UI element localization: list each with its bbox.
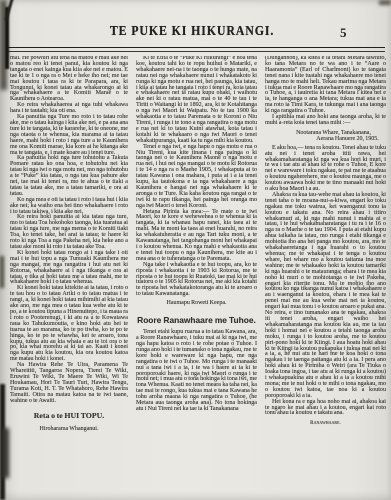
paragraph: Ki konei hoki tatau kitekite ai ia tatau… [10,286,128,363]
article-heading: Reta o te HUI TOPU. [10,412,128,421]
paragraph: Ko reira hoki panuitia ai kia tatau nga … [10,215,128,250]
scan-artifact-left-blob [0,256,4,288]
scan-artifact-left-shadow [0,0,7,90]
paragraph: Ka panuitia hoki nga ture tohutohu a Tak… [10,156,128,197]
header-rule [8,47,385,52]
paragraph: Hei kona ra e nga hoa noho mai ai, ahako… [265,400,386,418]
paragraph: (Dungannon), ka kitea e ia tetahi Metara… [265,56,386,115]
scan-artifact-top-right-mark [379,0,391,5]
page-number: 5 [340,25,347,41]
paragraph: Ka panuitia nga Ture mo roto i to tatau … [10,115,128,156]
paragraph: Na Hawira Rehe Te Uira, Paramena Te Whar… [10,363,128,404]
scan-artifact-left-smudge [2,428,9,478]
scan-artifact-left-bar-bottom [0,384,5,500]
paragraph: Nga take i whakaotia e te hui toopu, ara… [136,263,257,298]
column-middle: Ki te Etita o te “Puke Ki Hikurangi” e h… [136,56,257,496]
dateline: Aerana Hanuere 20, 1905. [265,136,386,142]
paragraph: Tenei etahi kupu ruarua a to tatau Kawan… [136,330,257,413]
scan-artifact-left-bar-top [5,7,9,69]
scan-artifact-corner-mark [4,0,14,21]
article-heading: Roore Ranawhaare me Tuhoe. [136,316,257,325]
paragraph: Ko nga mea e oti ia tatau i roto i taua … [10,198,128,216]
paragraph: Hetana Pirinia ka mea:— Te mate o te iwi… [136,210,257,263]
byline: Hiroharama Whanganui. [10,426,128,433]
column-right: (Dungannon), ka kitea e ia tetahi Metara… [265,56,386,496]
text-columns: mai. He powhiri atu tena na matou e mau … [10,56,386,496]
paragraph: Ki konei hoki tatau rongo ai i nga take … [10,251,128,286]
paragraph: Ahakoa ra kua tau-wehe mai ahau ia kouto… [265,193,386,400]
paragraph: Tenei e nga iwi, e nga hapu o nga motu e… [136,145,257,210]
signature: Ranawhaare. [265,420,386,426]
paragraph: E aku hoa,— tena ra koutou. Tenei ahau t… [265,146,386,193]
masthead-title: TE PUKE KI HIKURANGI. [34,24,351,38]
paragraph: I apitihia mai ano hoki ana taonga aroha… [265,115,386,127]
paragraph: Ki te Etita o te “Puke Ki Hikurangi” e h… [136,56,257,145]
signature: Haumapu Roweti Keepa. [136,300,257,307]
scanned-newspaper-page: TE PUKE KI HIKURANGI. 5 mai. He powhiri … [0,0,391,500]
column-left: mai. He powhiri atu tena na matou e mau … [10,56,128,496]
paragraph: mai. He powhiri atu tena na matou e mau … [10,56,128,103]
